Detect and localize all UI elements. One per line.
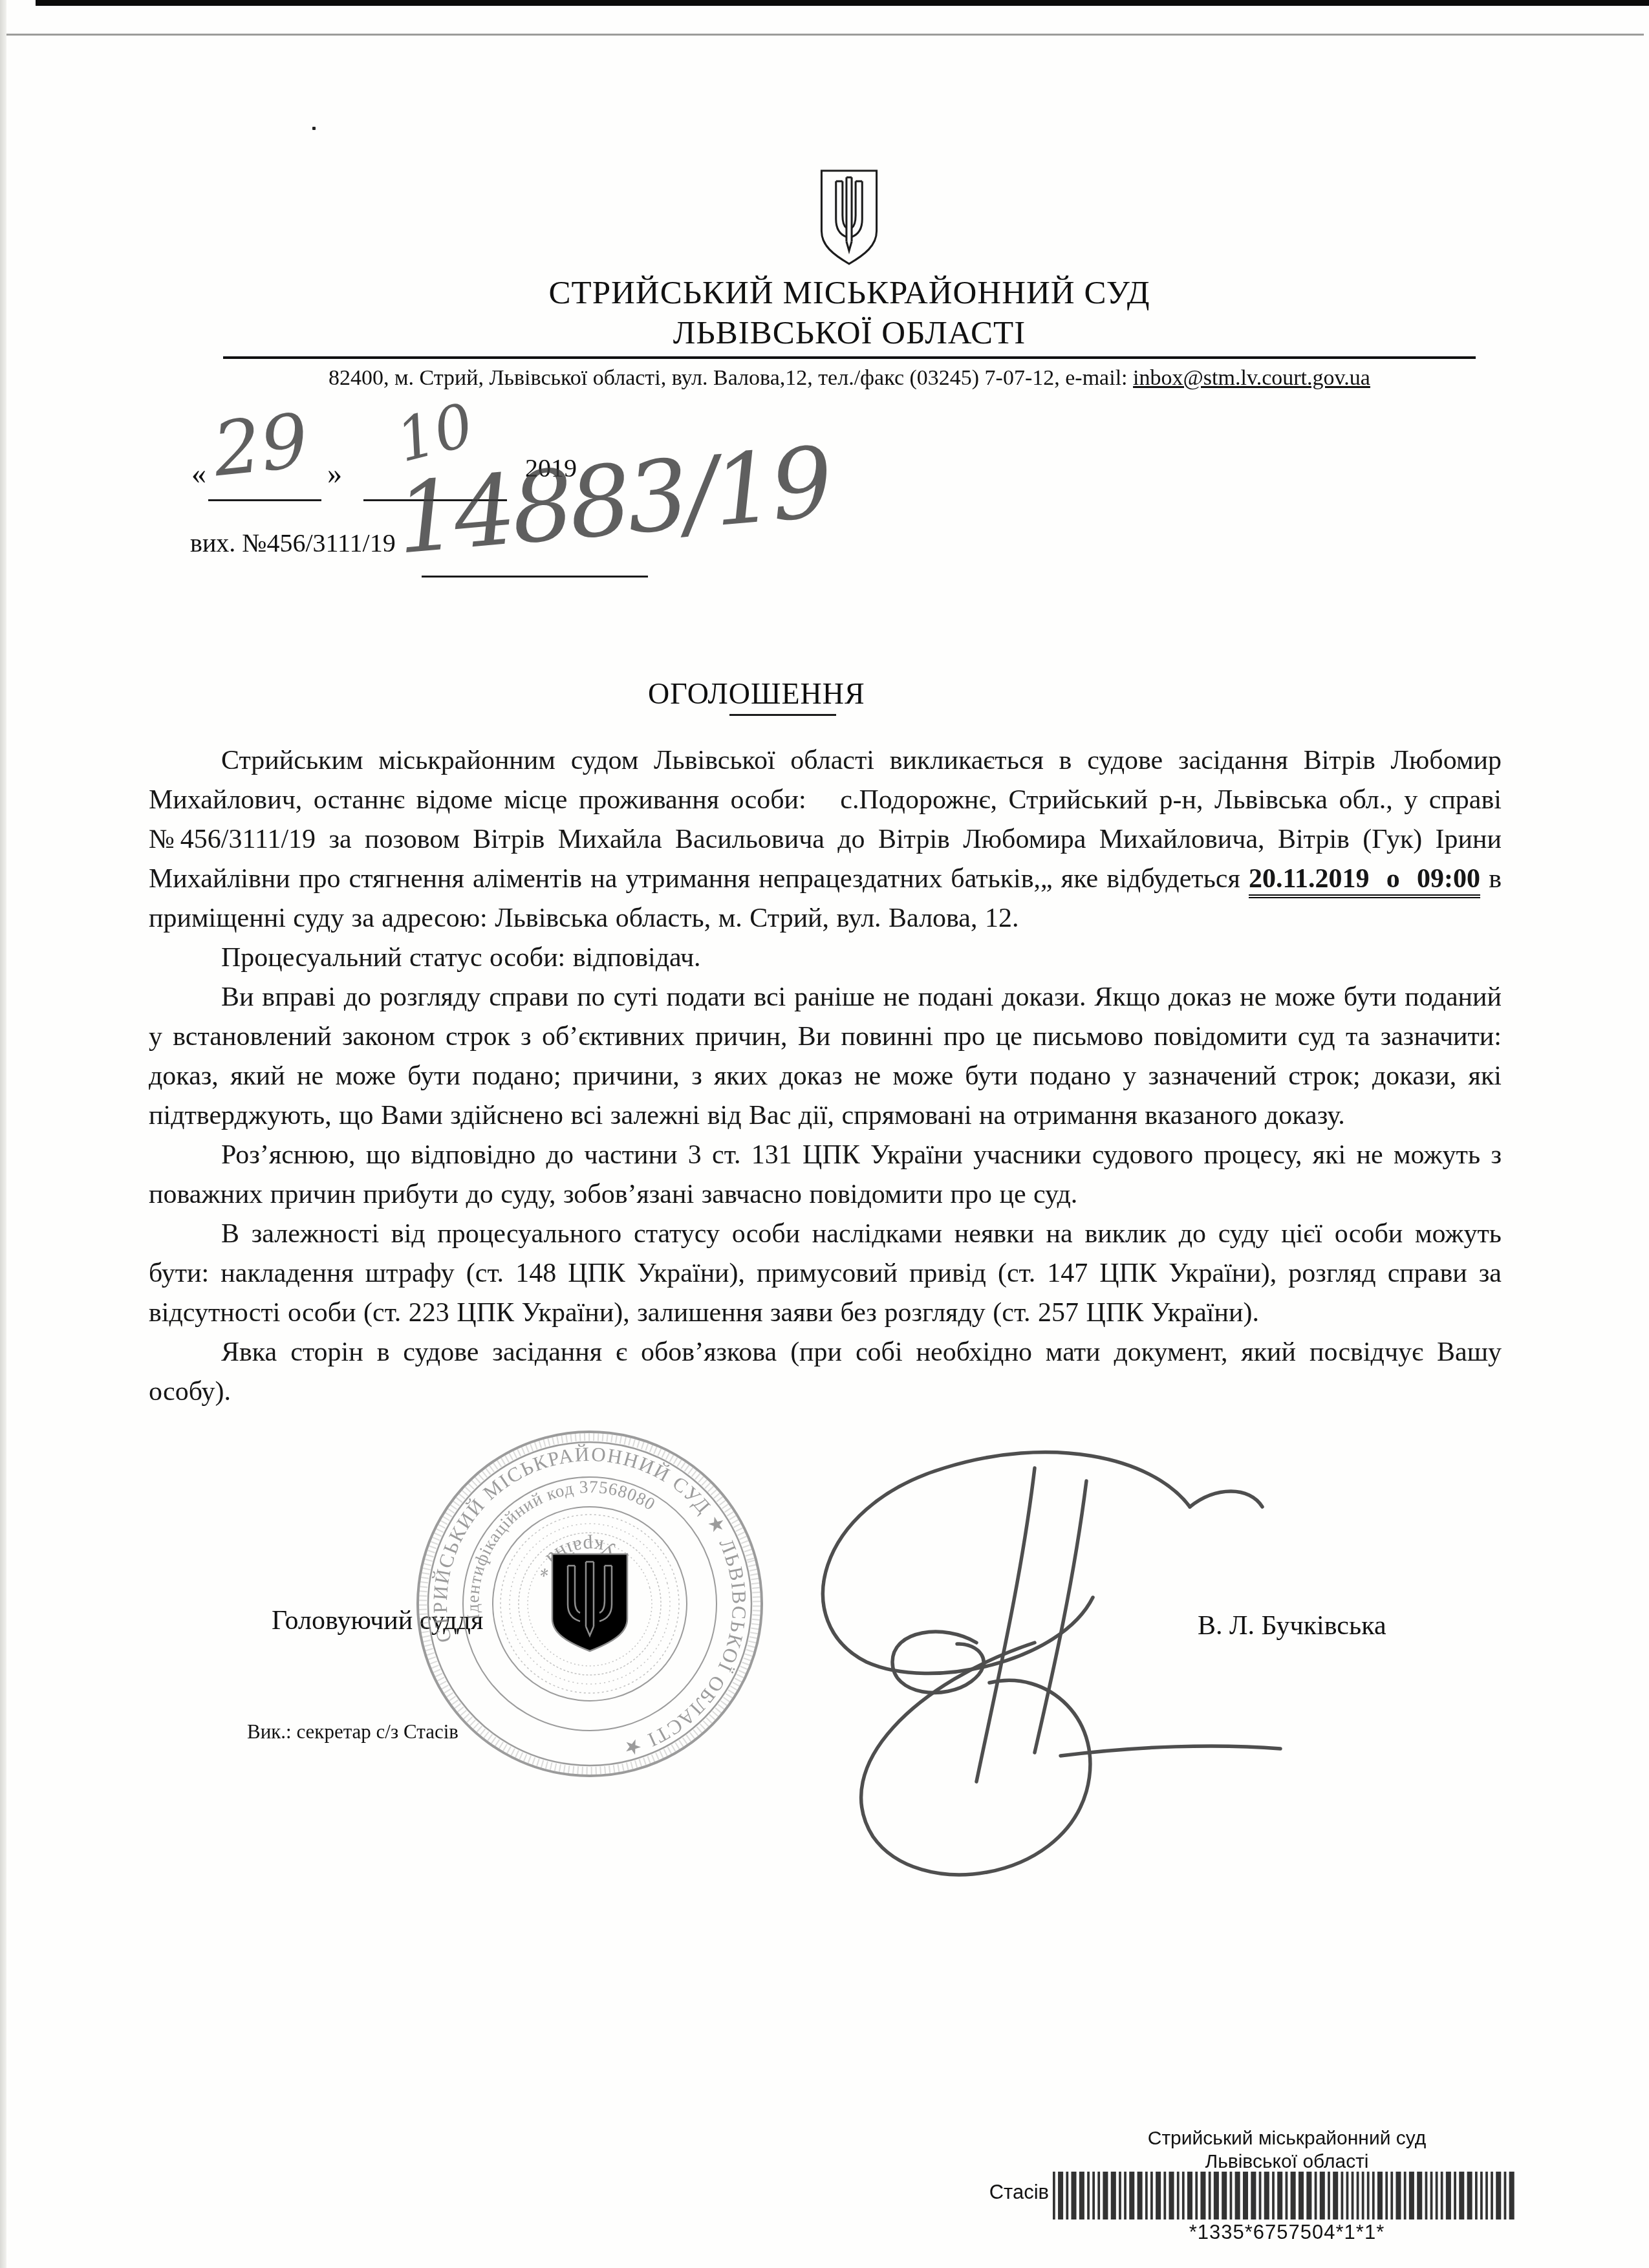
date-day-underline	[208, 499, 321, 501]
stamp-trident-icon	[552, 1554, 627, 1651]
footer-court-name-line1: Стрийський міськрайонний суд	[1061, 2128, 1513, 2150]
stamp-country-text: * Україна *	[523, 1522, 640, 1594]
date-open-quote: «	[191, 457, 206, 491]
outgoing-number-underline	[422, 576, 648, 578]
paragraph-attendance: Явка сторін в судове засідання є обов’яз…	[149, 1333, 1502, 1412]
svg-text:Ідентифікаційний код 37568080: Ідентифікаційний код 37568080	[435, 1457, 677, 1624]
paragraph-status: Процесуальний статус особи: відповідач.	[149, 938, 1502, 978]
court-address: 82400, м. Стрий, Львівської області, вул…	[223, 366, 1476, 391]
executor-line: Вик.: секретар с/з Стасів	[247, 1720, 458, 1744]
court-email: inbox@stm.lv.court.gov.ua	[1133, 366, 1370, 390]
official-round-stamp: СТРИЙСЬКИЙ МІСЬКРАЙОННИЙ СУД ★ ЛЬВІВСЬКО…	[411, 1425, 769, 1783]
barcode-value-text: *1335*6757504*1*1*	[1061, 2221, 1513, 2244]
document-title: ОГОЛОШЕННЯ	[648, 676, 865, 711]
court-name-line1: СТРИЙСЬКИЙ МІСЬКРАЙОННИЙ СУД	[223, 274, 1476, 312]
stamp-inner-ring-text: Ідентифікаційний код 37568080	[435, 1457, 677, 1624]
handwritten-day: 29	[209, 398, 312, 494]
scan-edge-artifact-top	[36, 0, 1649, 6]
judge-name: В. Л. Бучківська	[1198, 1610, 1386, 1641]
date-close-quote: »	[327, 457, 342, 491]
court-name-line2: ЛЬВІВСЬКОЇ ОБЛАСТІ	[223, 314, 1476, 352]
footer-court-name-line2: Львівської області	[1061, 2151, 1513, 2173]
hearing-datetime: 20.11.2019 о 09:00	[1249, 864, 1480, 898]
paragraph-art131: Роз’яснюю, що відповідно до частини 3 ст…	[149, 1136, 1502, 1215]
scan-edge-shadow-left	[0, 0, 6, 2268]
announcement-body: Стрийським міськрайонним судом Львівсько…	[149, 741, 1502, 1412]
paragraph-summons: Стрийським міськрайонним судом Львівсько…	[149, 741, 1502, 938]
header-divider	[223, 356, 1476, 359]
footer-operator-name: Стасів	[970, 2181, 1049, 2204]
ukraine-trident-emblem-icon	[810, 168, 889, 266]
scanned-court-document: СТРИЙСЬКИЙ МІСЬКРАЙОННИЙ СУД ЛЬВІВСЬКОЇ …	[0, 0, 1649, 2268]
court-address-text: 82400, м. Стрий, Львівської області, вул…	[329, 366, 1133, 390]
judge-signature-scrawl	[698, 1429, 1332, 1901]
svg-text:* Україна *: * Україна *	[523, 1522, 640, 1594]
title-underline-mark	[729, 714, 836, 716]
document-barcode	[1053, 2172, 1517, 2219]
scan-speck	[312, 127, 316, 130]
paragraph-consequences: В залежності від процесуального статусу …	[149, 1215, 1502, 1333]
outgoing-number-label: вих. №456/3111/19	[190, 528, 396, 558]
svg-text:СТРИЙСЬКИЙ МІСЬКРАЙОННИЙ СУД ★: СТРИЙСЬКИЙ МІСЬКРАЙОННИЙ СУД ★ ЛЬВІВСЬКО…	[411, 1425, 769, 1783]
scan-edge-line	[6, 34, 1644, 36]
paragraph-evidence: Ви вправі до розгляду справи по суті под…	[149, 978, 1502, 1136]
presiding-judge-label: Головуючий суддя	[272, 1605, 483, 1636]
stamp-outer-ring-text: СТРИЙСЬКИЙ МІСЬКРАЙОННИЙ СУД ★ ЛЬВІВСЬКО…	[411, 1425, 769, 1783]
